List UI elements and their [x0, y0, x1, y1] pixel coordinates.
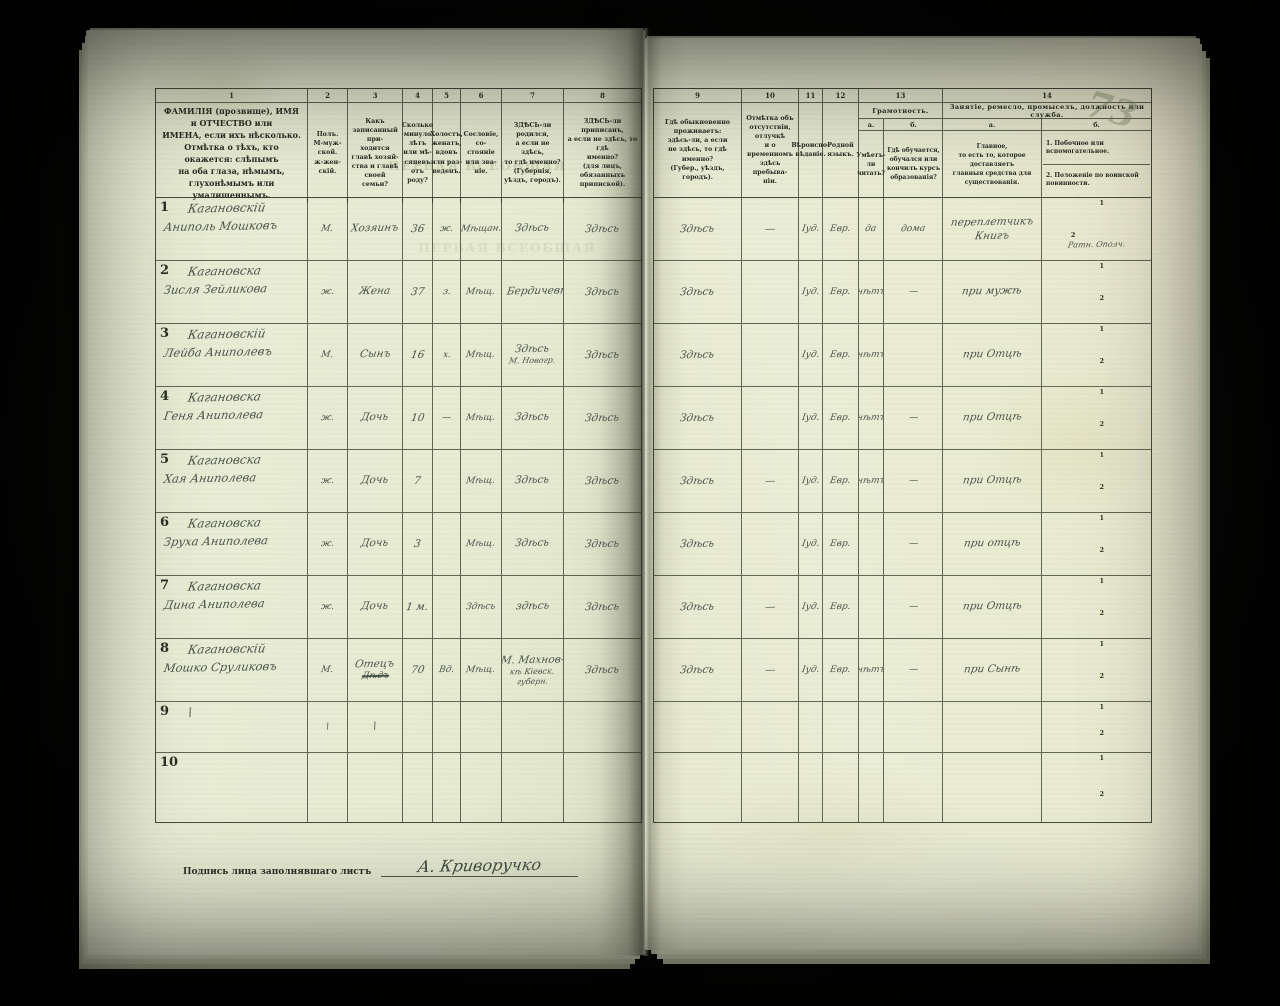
column-header-estate: Сословіе, со- стояніе или зва- ніе. — [461, 103, 502, 203]
sub-cell-number: 2 — [1100, 483, 1105, 491]
language-cell: Евр. — [823, 450, 859, 512]
relation-cell: Дочь — [348, 387, 403, 449]
sub-cell-number: 2 — [1100, 357, 1105, 365]
birthplace-cell: Здѣсь — [502, 450, 564, 512]
table-body-left: 1 Кагановскій Аниполь Мошковъ М. Хозяинъ… — [156, 198, 641, 822]
name-line2: Лейба Аниполевъ — [163, 345, 273, 360]
age-cell — [403, 702, 433, 752]
estate-cell: Мѣщ. — [461, 324, 502, 386]
table-row: 4 Кагановска Геня Аниполева ж. Дочь 10 —… — [156, 387, 641, 450]
relation-cell: Жена — [348, 261, 403, 323]
column-header-marital: Холостъ, женатъ, вдовъ или раз- веденъ. — [433, 103, 461, 203]
column-number: 4 — [403, 89, 433, 102]
row-number: 9 — [160, 704, 169, 719]
column-number: 3 — [348, 89, 403, 102]
age-cell: 3 — [403, 513, 433, 575]
occupation-side-2-header: 2. Положеніе по воинской повинности. — [1043, 165, 1150, 197]
relation-cell: Дочь — [348, 513, 403, 575]
sex-cell — [308, 753, 348, 822]
row-number: 3 — [160, 326, 169, 341]
residence-cell: Здѣсь — [654, 576, 742, 638]
residence-cell: Здѣсь — [654, 450, 742, 512]
relation-cell: Дочь — [348, 576, 403, 638]
estate-cell: Мѣщ. — [461, 387, 502, 449]
birthplace-cell — [502, 702, 564, 752]
literacy-school-cell: — — [884, 261, 943, 323]
column-number: 6 — [461, 89, 502, 102]
language-cell: Евр. — [823, 513, 859, 575]
literacy-read-cell — [859, 702, 884, 752]
estate-cell: Здѣсь — [461, 576, 502, 638]
sex-cell: ж. — [308, 450, 348, 512]
row-number: 7 — [160, 578, 169, 593]
name-line1: Кагановска — [187, 453, 262, 468]
surname-cell: 5 Кагановска Хая Аниполева — [156, 450, 308, 512]
column-header-literacy: Грамотность. а. б. Умѣетъ- ли читать? Гд… — [859, 103, 943, 197]
sub-cell-number: 1 — [1100, 388, 1105, 396]
birthplace-cell: Здѣсь — [502, 387, 564, 449]
occupation-side-1-header: 1. Побочное или вспомогательное. — [1043, 132, 1150, 165]
surname-cell: 4 Кагановска Геня Аниполева — [156, 387, 308, 449]
marital-cell — [433, 513, 461, 575]
column-header-relation: Какъ записанный при- ходится главѣ хозяй… — [348, 103, 403, 203]
occupation-main-cell: при Отцѣ — [943, 576, 1042, 638]
sex-cell: М. — [308, 639, 348, 701]
occupation-side-cell: 1 2 — [1042, 513, 1151, 575]
table-row: 3 Кагановскій Лейба Аниполевъ М. Сынъ 16… — [156, 324, 641, 387]
occupation-main-cell: при Отцѣ — [943, 324, 1042, 386]
absence-cell — [742, 387, 799, 449]
name-line1: \ — [187, 706, 193, 720]
age-cell: 1 м. — [403, 576, 433, 638]
occupation-main-cell — [943, 702, 1042, 752]
residence-cell: Здѣсь — [654, 513, 742, 575]
name-line1: Кагановска — [187, 579, 262, 594]
surname-cell: 3 Кагановскій Лейба Аниполевъ — [156, 324, 308, 386]
name-line2: Геня Аниполева — [163, 408, 264, 423]
literacy-read-cell: нѣтъ — [859, 261, 884, 323]
language-cell: Евр. — [823, 261, 859, 323]
column-header-sex: Полъ. М-муж- ской. ж-жен- скій. — [308, 103, 348, 203]
occupation-main-cell: при Отцѣ — [943, 450, 1042, 512]
religion-cell: Іуд. — [799, 324, 823, 386]
absence-cell: — — [742, 450, 799, 512]
table-row: 1 Кагановскій Аниполь Мошковъ М. Хозяинъ… — [156, 198, 641, 261]
literacy-read-cell: нѣтъ — [859, 450, 884, 512]
table-row: 2 Кагановска Зисля Зейликова ж. Жена 37 … — [156, 261, 641, 324]
table-row: Здѣсь Іуд. Евр. нѣтъ при Отцѣ 1 2 — [654, 324, 1151, 387]
sex-cell: ж. — [308, 387, 348, 449]
sub-cell-number: 2 — [1071, 231, 1076, 239]
surname-cell: 9 \ — [156, 702, 308, 752]
marital-cell: ж. — [433, 198, 461, 260]
row-number: 4 — [160, 389, 169, 404]
sub-cell-number: 1 — [1100, 199, 1105, 207]
column-header-row: Гдѣ обыкновенно проживаетъ: здѣсь-ли, а … — [654, 103, 1151, 198]
sub-cell-number: 1 — [1100, 514, 1105, 522]
literacy-read-cell: нѣтъ — [859, 387, 884, 449]
column-header-birthplace: ЗДѢСЬ-ли родился, а если не здѣсь, то гд… — [502, 103, 564, 203]
birthplace-cell: г. Бердичевѣ — [502, 261, 564, 323]
sub-cell-number: 2 — [1100, 790, 1105, 798]
literacy-school-cell: — — [884, 513, 943, 575]
literacy-read-cell — [859, 513, 884, 575]
language-cell: Евр. — [823, 639, 859, 701]
relation-cell: Сынъ — [348, 324, 403, 386]
sub-cell-number: 1 — [1100, 703, 1105, 711]
column-header-surname: ФАМИЛІЯ (прозвище), ИМЯ и ОТЧЕСТВО или И… — [156, 103, 308, 203]
surname-cell: 1 Кагановскій Аниполь Мошковъ — [156, 198, 308, 260]
table-row: Здѣсь — Іуд. Евр. нѣтъ — при Отцѣ 1 2 — [654, 450, 1151, 513]
literacy-read-header: Умѣетъ- ли читать? — [859, 131, 884, 197]
sub-cell-number: 1 — [1100, 754, 1105, 762]
literacy-school-cell: — — [884, 576, 943, 638]
left-page: ПЕРВАЯ ВСЕОБЩАЯ ПЕРВАЯ ВСЕОБЩАЯ 1 2 3 4 … — [88, 30, 645, 955]
sex-cell: М. — [308, 198, 348, 260]
estate-cell: Мѣщан. — [461, 198, 502, 260]
literacy-sub-a-label: а. — [859, 119, 884, 130]
column-header-age: Сколько минуло лѣтъ или мѣ- сяцевъ отъ р… — [403, 103, 433, 203]
name-line1: Кагановскій — [187, 201, 267, 216]
column-number: 8 — [564, 89, 641, 102]
struck-entry: Дѣдъ — [361, 671, 390, 682]
estate-cell: Мѣщ. — [461, 450, 502, 512]
literacy-school-cell — [884, 753, 943, 822]
table-row: 1 2 — [654, 753, 1151, 822]
occupation-side-cell: 1 2 Ратн. Ополч. — [1042, 198, 1151, 260]
literacy-school-cell — [884, 324, 943, 386]
registration-cell — [564, 702, 641, 752]
relation-cell: Хозяинъ — [348, 198, 403, 260]
residence-cell: Здѣсь — [654, 639, 742, 701]
birthplace-cell — [502, 753, 564, 822]
residence-cell — [654, 702, 742, 752]
signature-line: А. Криворучко — [381, 856, 578, 877]
name-line2: Аниполь Мошковъ — [163, 219, 278, 234]
sub-cell-number: 2 — [1100, 546, 1105, 554]
sub-cell-number: 2 — [1100, 420, 1105, 428]
sub-cell-number: 2 — [1100, 729, 1105, 737]
table-row: Здѣсь — Іуд. Евр. нѣтъ — при Сынѣ 1 2 — [654, 639, 1151, 702]
row-number: 10 — [160, 755, 178, 770]
absence-cell: — — [742, 639, 799, 701]
relation-cell: Дочь — [348, 450, 403, 512]
absence-cell — [742, 753, 799, 822]
table-row: Здѣсь Іуд. Евр. — при отцѣ 1 2 — [654, 513, 1151, 576]
column-header-religion: Вѣроиспо- вѣданіе. — [799, 103, 823, 197]
table-row: Здѣсь — Іуд. Евр. да дома переплетчикъ К… — [654, 198, 1151, 261]
age-cell: 36 — [403, 198, 433, 260]
sex-cell: ж. — [308, 261, 348, 323]
literacy-read-cell: нѣтъ — [859, 639, 884, 701]
sub-cell-number: 1 — [1100, 451, 1105, 459]
literacy-read-cell — [859, 753, 884, 822]
column-number: 13 — [859, 89, 943, 102]
relation-cell: \ — [348, 702, 403, 752]
table-row: 8 Кагановскій Мошко Сруликовъ М. Отецъ Д… — [156, 639, 641, 702]
surname-cell: 7 Кагановска Дина Аниполева — [156, 576, 308, 638]
surname-cell: 8 Кагановскій Мошко Сруликовъ — [156, 639, 308, 701]
table-row: 5 Кагановска Хая Аниполева ж. Дочь 7 Мѣщ… — [156, 450, 641, 513]
registration-cell: Здѣсь — [564, 324, 641, 386]
sub-cell-number: 1 — [1100, 640, 1105, 648]
name-line1: Кагановскій — [187, 327, 267, 342]
military-status-box: 2 Ратн. Ополч. — [1068, 230, 1125, 260]
absence-cell — [742, 324, 799, 386]
residence-cell: Здѣсь — [654, 324, 742, 386]
surname-cell: 10 — [156, 753, 308, 822]
literacy-sub-b-label: б. — [884, 119, 943, 130]
occupation-side-cell: 1 2 — [1042, 639, 1151, 701]
age-cell: 7 — [403, 450, 433, 512]
birthplace-cell: М. Махнов- кѣ Кіевск. губерн. — [502, 639, 564, 701]
marital-cell — [433, 576, 461, 638]
name-line2: Хая Аниполева — [163, 471, 257, 486]
estate-cell — [461, 702, 502, 752]
occupation-side-cell: 1 2 — [1042, 576, 1151, 638]
religion-cell — [799, 753, 823, 822]
occupation-side-cell: 1 2 — [1042, 450, 1151, 512]
sub-cell-number: 1 — [1100, 577, 1105, 585]
literacy-school-header: Гдѣ обучается, обучался или кончилъ курс… — [884, 131, 943, 197]
religion-cell: Іуд. — [799, 387, 823, 449]
age-cell: 10 — [403, 387, 433, 449]
column-number-row: 9 10 11 12 13 14 — [654, 89, 1151, 103]
sex-cell: ж. — [308, 513, 348, 575]
marital-cell — [433, 702, 461, 752]
marital-cell — [433, 753, 461, 822]
occupation-main-cell: при мужѣ — [943, 261, 1042, 323]
occupation-side-cell: 1 2 — [1042, 702, 1151, 752]
estate-cell: Мѣщ. — [461, 513, 502, 575]
row-number: 5 — [160, 452, 169, 467]
name-line2: Зисля Зейликова — [163, 282, 268, 297]
registration-cell: Здѣсь — [564, 513, 641, 575]
marital-cell: — — [433, 387, 461, 449]
census-table-left: 1 2 3 4 5 6 7 8 ФАМИЛІЯ (прозвище), ИМЯ … — [155, 88, 642, 823]
religion-cell: Іуд. — [799, 576, 823, 638]
language-cell — [823, 702, 859, 752]
age-cell: 16 — [403, 324, 433, 386]
census-table-right: 9 10 11 12 13 14 Гдѣ обыкновенно прожива… — [653, 88, 1152, 823]
occupation-side-cell: 1 2 — [1042, 387, 1151, 449]
age-cell: 37 — [403, 261, 433, 323]
column-number: 11 — [799, 89, 823, 102]
table-row: Здѣсь — Іуд. Евр. — при Отцѣ 1 2 — [654, 576, 1151, 639]
language-cell — [823, 753, 859, 822]
table-row: 10 — [156, 753, 641, 822]
absence-cell: — — [742, 576, 799, 638]
marital-cell: з. — [433, 261, 461, 323]
signature-handwritten: А. Криворучко — [417, 856, 543, 877]
registration-cell — [564, 753, 641, 822]
absence-cell — [742, 513, 799, 575]
column-number: 5 — [433, 89, 461, 102]
occupation-main-cell — [943, 753, 1042, 822]
table-row: 7 Кагановска Дина Аниполева ж. Дочь 1 м.… — [156, 576, 641, 639]
name-line1: Кагановска — [187, 264, 262, 279]
estate-cell — [461, 753, 502, 822]
row-number: 2 — [160, 263, 169, 278]
signature-label: Подпись лица заполнявшаго листъ — [183, 867, 371, 877]
religion-cell: Іуд. — [799, 450, 823, 512]
name-line2: Дина Аниполева — [163, 597, 266, 612]
language-cell: Евр. — [823, 198, 859, 260]
absence-cell: — — [742, 198, 799, 260]
literacy-school-cell: — — [884, 639, 943, 701]
literacy-read-cell: да — [859, 198, 884, 260]
literacy-school-cell: дома — [884, 198, 943, 260]
sex-cell: ж. — [308, 576, 348, 638]
sex-cell: \ — [308, 702, 348, 752]
language-cell: Евр. — [823, 576, 859, 638]
registration-cell: Здѣсь — [564, 576, 641, 638]
column-number: 7 — [502, 89, 564, 102]
registration-cell: Здѣсь — [564, 387, 641, 449]
sub-cell-number: 1 — [1100, 325, 1105, 333]
birthplace-cell: Здѣсь — [502, 198, 564, 260]
literacy-read-cell: нѣтъ — [859, 324, 884, 386]
sub-cell-number: 2 — [1100, 672, 1105, 680]
literacy-read-cell — [859, 576, 884, 638]
age-cell — [403, 753, 433, 822]
occupation-side-cell: 1 2 — [1042, 324, 1151, 386]
column-header-residence: Гдѣ обыкновенно проживаетъ: здѣсь-ли, а … — [654, 103, 742, 197]
language-cell: Евр. — [823, 324, 859, 386]
language-cell: Евр. — [823, 387, 859, 449]
marital-cell — [433, 450, 461, 512]
occupation-main-cell: при отцѣ — [943, 513, 1042, 575]
column-header-row: ФАМИЛІЯ (прозвище), ИМЯ и ОТЧЕСТВО или И… — [156, 103, 641, 198]
table-row: 1 2 — [654, 702, 1151, 753]
table-row: 9 \ \ \ — [156, 702, 641, 753]
religion-cell — [799, 702, 823, 752]
sub-cell-number: 2 — [1100, 294, 1105, 302]
row-number: 6 — [160, 515, 169, 530]
literacy-school-cell — [884, 702, 943, 752]
residence-cell: Здѣсь — [654, 198, 742, 260]
residence-cell: Здѣсь — [654, 387, 742, 449]
column-number: 10 — [742, 89, 799, 102]
absence-cell — [742, 261, 799, 323]
religion-cell: Іуд. — [799, 198, 823, 260]
birthplace-cell: Здѣсь — [502, 513, 564, 575]
relation-cell: Отецъ Дѣдъ — [348, 639, 403, 701]
occupation-side-cell: 1 2 — [1042, 261, 1151, 323]
occupation-sub-a-label: а. — [943, 119, 1042, 130]
registration-cell: Здѣсь — [564, 639, 641, 701]
residence-cell — [654, 753, 742, 822]
occupation-side-cell: 1 2 — [1042, 753, 1151, 822]
relation-cell — [348, 753, 403, 822]
estate-cell: Мѣщ. — [461, 639, 502, 701]
table-row: Здѣсь Іуд. Евр. нѣтъ — при Отцѣ 1 2 — [654, 387, 1151, 450]
literacy-title: Грамотность. — [859, 103, 942, 119]
literacy-school-cell: — — [884, 387, 943, 449]
name-line1: Кагановска — [187, 390, 262, 405]
surname-cell: 2 Кагановска Зисля Зейликова — [156, 261, 308, 323]
table-body-right: Здѣсь — Іуд. Евр. да дома переплетчикъ К… — [654, 198, 1151, 822]
column-number: 12 — [823, 89, 859, 102]
religion-cell: Іуд. — [799, 261, 823, 323]
literacy-school-cell: — — [884, 450, 943, 512]
sub-cell-number: 1 — [1100, 262, 1105, 270]
birthplace-cell: Здѣсь М. Новогр. — [502, 324, 564, 386]
name-line2: Зруха Аниполева — [163, 534, 269, 549]
column-number: 2 — [308, 89, 348, 102]
table-row: 6 Кагановска Зруха Аниполева ж. Дочь 3 М… — [156, 513, 641, 576]
column-number-row: 1 2 3 4 5 6 7 8 — [156, 89, 641, 103]
row-number: 1 — [160, 200, 169, 215]
row-number: 8 — [160, 641, 169, 656]
birthplace-cell: здѣсь — [502, 576, 564, 638]
residence-cell: Здѣсь — [654, 261, 742, 323]
sub-cell-number: 2 — [1100, 609, 1105, 617]
signature-row: Подпись лица заполнявшаго листъ А. Криво… — [183, 856, 578, 877]
column-number: 1 — [156, 89, 308, 102]
occupation-main-cell: переплетчикъ Книгъ — [943, 198, 1042, 260]
column-header-registration: ЗДѢСЬ-ли приписанъ, а если не здѣсь, то … — [564, 103, 641, 203]
name-line1: Кагановска — [187, 516, 262, 531]
occupation-side-header: 1. Побочное или вспомогательное. 2. Поло… — [1042, 131, 1151, 197]
estate-cell: Мѣщ. — [461, 261, 502, 323]
absence-cell — [742, 702, 799, 752]
age-cell: 70 — [403, 639, 433, 701]
occupation-main-cell: при Сынѣ — [943, 639, 1042, 701]
registration-cell: Здѣсь — [564, 261, 641, 323]
census-book-photo: ПЕРВАЯ ВСЕОБЩАЯ ПЕРВАЯ ВСЕОБЩАЯ 1 2 3 4 … — [0, 0, 1280, 1006]
marital-cell: Вд. — [433, 639, 461, 701]
surname-cell: 6 Кагановска Зруха Аниполева — [156, 513, 308, 575]
religion-cell: Іуд. — [799, 513, 823, 575]
right-page: 73 9 10 11 12 13 14 Гдѣ обыкновенно прож… — [645, 38, 1198, 950]
column-header-language: Родной языкъ. — [823, 103, 859, 197]
occupation-main-cell: при Отцѣ — [943, 387, 1042, 449]
registration-cell: Здѣсь — [564, 198, 641, 260]
name-line2: Мошко Сруликовъ — [163, 660, 278, 675]
table-row: Здѣсь Іуд. Евр. нѣтъ — при мужѣ 1 2 — [654, 261, 1151, 324]
name-line1: Кагановскій — [187, 642, 267, 657]
occupation-main-header: Главное, то есть то, которое доставляетъ… — [943, 131, 1042, 197]
religion-cell: Іуд. — [799, 639, 823, 701]
marital-cell: х. — [433, 324, 461, 386]
registration-cell: Здѣсь — [564, 450, 641, 512]
column-number: 9 — [654, 89, 742, 102]
sex-cell: М. — [308, 324, 348, 386]
